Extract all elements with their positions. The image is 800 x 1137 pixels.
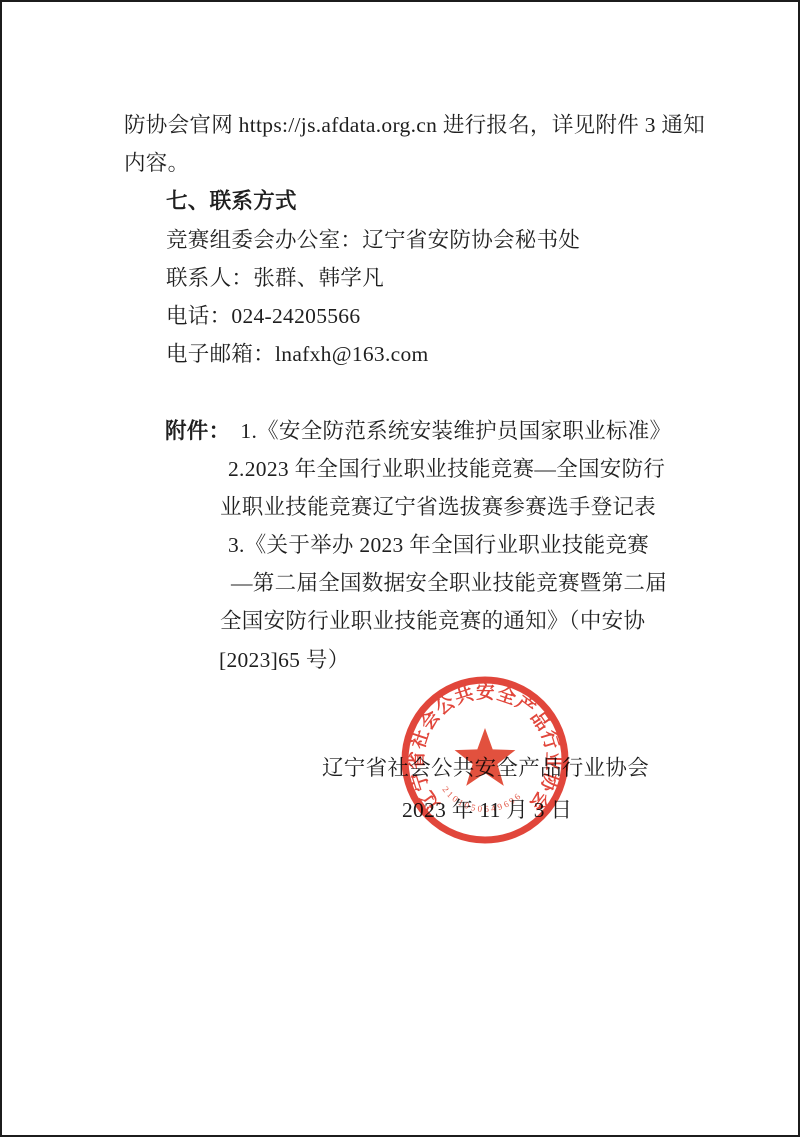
spacer [124, 373, 698, 411]
attachment-line-1: 附件：1.《安全防范系统安装维护员国家职业标准》 [124, 412, 698, 450]
attachment-line-7: [2023]65 号） [124, 641, 698, 679]
attachment-line-5: —第二届全国数据安全职业技能竞赛暨第二届 [124, 564, 698, 602]
attachment-line-6: 全国安防行业职业技能竞赛的通知》（中安协 [124, 602, 698, 640]
section-heading: 七、联系方式 [124, 182, 698, 220]
attachment-line-4: 3.《关于举办 2023 年全国行业职业技能竞赛 [124, 526, 698, 564]
signature-organization: 辽宁省社会公共安全产品行业协会 [124, 749, 698, 787]
attachment-item-1: 1.《安全防范系统安装维护员国家职业标准》 [240, 419, 671, 443]
contact-line-email: 电子邮箱：lnafxh@163.com [124, 335, 698, 373]
body-paragraph-line-2: 内容。 [124, 144, 698, 182]
document-page: 防协会官网 https://js.afdata.org.cn 进行报名，详见附件… [0, 0, 800, 1137]
attachment-label: 附件： [165, 419, 240, 443]
signature-date: 2023 年 11 月 3 日 [124, 791, 698, 829]
body-paragraph-line-1: 防协会官网 https://js.afdata.org.cn 进行报名，详见附件… [124, 106, 698, 144]
attachment-line-2: 2.2023 年全国行业职业技能竞赛—全国安防行 [124, 450, 698, 488]
contact-line-phone: 电话：024-24205566 [124, 297, 698, 335]
attachment-line-3: 业职业技能竞赛辽宁省选拔赛参赛选手登记表 [124, 488, 698, 526]
contact-line-office: 竞赛组委会办公室：辽宁省安防协会秘书处 [124, 221, 698, 259]
contact-line-person: 联系人：张群、韩学凡 [124, 259, 698, 297]
document-content: 防协会官网 https://js.afdata.org.cn 进行报名，详见附件… [124, 106, 698, 829]
